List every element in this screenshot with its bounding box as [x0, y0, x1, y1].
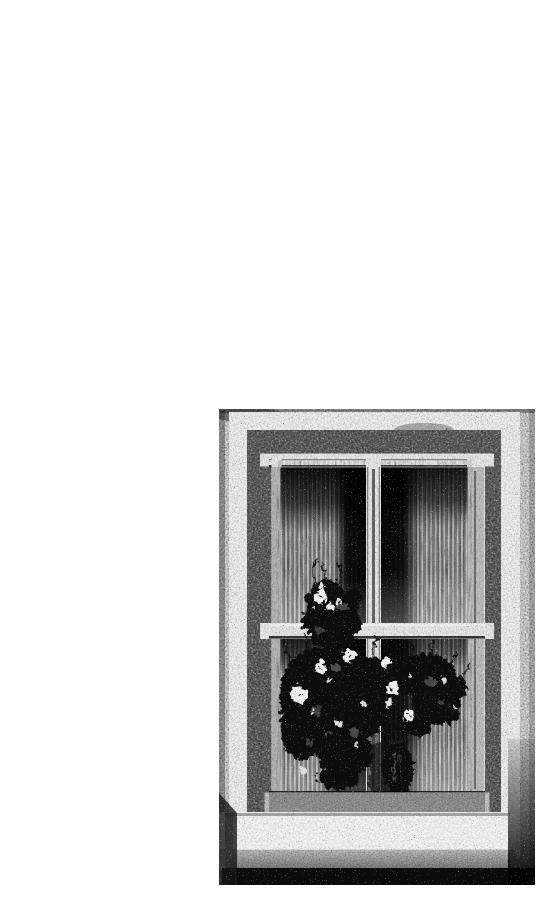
window-photo-art: [219, 409, 535, 885]
halftone-grain: [219, 409, 535, 885]
window-photograph: [219, 409, 535, 885]
page-canvas: [0, 0, 560, 911]
